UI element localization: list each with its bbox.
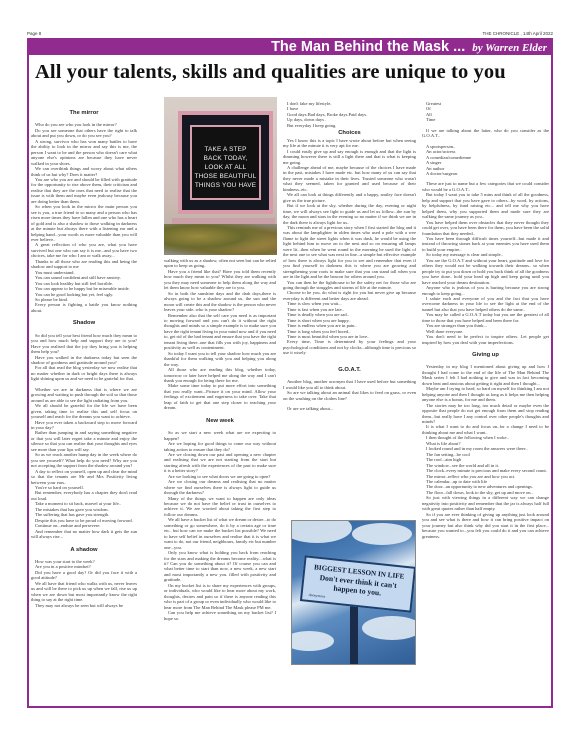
paragraph: Many of the things we want to happen are… bbox=[164, 496, 276, 518]
byline: by Warren Elder bbox=[472, 42, 547, 54]
column-2: walking with us as a shadow, often not s… bbox=[164, 258, 276, 621]
column-3: I don't fake my lifestyle, I have Good d… bbox=[283, 101, 416, 412]
paragraph: We all should be grateful for the life w… bbox=[31, 403, 137, 419]
shadow-body: So did you tell your best friend how muc… bbox=[31, 333, 137, 540]
paragraph: But remember, everybody has a chapter th… bbox=[31, 490, 137, 501]
plants bbox=[164, 224, 277, 255]
paragraph: Have you a friend like that? Have you to… bbox=[164, 269, 276, 291]
paragraph: Are we hoping for good things to come ou… bbox=[164, 441, 276, 452]
paragraph: This reminds me of a previous story when… bbox=[283, 225, 416, 280]
paragraph: Are we closing our dreams and realising … bbox=[164, 479, 276, 495]
paragraph: So as we reach another hump day in the w… bbox=[31, 452, 137, 468]
paragraph: Choose to be you, do what is right for y… bbox=[283, 290, 416, 301]
paragraph: We all can look at things differently an… bbox=[283, 192, 416, 203]
billboard-post bbox=[350, 603, 358, 665]
paragraph: So just with viewing things in a differe… bbox=[422, 495, 549, 511]
paragraph: You don't need to be perfect to inspire … bbox=[422, 334, 549, 345]
paragraph: The stories may be too long, too much de… bbox=[422, 403, 549, 425]
section-heading-shadow: Shadow bbox=[31, 321, 137, 326]
paragraph: walking with us as a shadow, often not s… bbox=[164, 258, 276, 269]
paragraph: Have you walked in the darkness today bu… bbox=[31, 355, 137, 366]
section-heading-new-week: New week bbox=[164, 419, 276, 424]
column-1: The mirror Who do you see who you look i… bbox=[31, 111, 137, 608]
column-title: The Man Behind the Mask ... bbox=[271, 39, 465, 55]
paragraph: So in both the sunshine days and the dar… bbox=[164, 291, 276, 313]
paragraph: You have been through difficult times yo… bbox=[422, 236, 549, 252]
paragraph: Yes I know this is a topic I have wrote … bbox=[283, 138, 416, 149]
paragraph: On my bucket list is to share my experie… bbox=[164, 583, 276, 610]
goat-acronym: Greatest Of All Time bbox=[422, 101, 549, 123]
paragraph: A day to reflect on yourself, open up an… bbox=[31, 469, 137, 485]
paragraph: Another blog, another acronym that I hav… bbox=[283, 379, 416, 390]
paragraph: Make some time today to put more effort … bbox=[164, 383, 276, 410]
paragraph: You can then be the lighthouse to be the… bbox=[283, 280, 416, 291]
billboard-photo: BIGGEST LESSON IN LIFE Don't ever think … bbox=[291, 520, 416, 665]
section-heading-goat: G.O.A.T. bbox=[283, 368, 416, 373]
window-sign-text: TAKE A STEP BACK TODAY, LOOK AT ALL THOS… bbox=[194, 145, 257, 190]
paragraph: Every person is fighting a battle you kn… bbox=[31, 302, 137, 313]
paragraph: So when you look in the mirror the main … bbox=[31, 204, 137, 242]
paragraph: If we are talking about the latter, who … bbox=[422, 128, 549, 139]
paragraph: Are we closing down our past and opening… bbox=[164, 452, 276, 474]
paragraph: Did you have a good day? Or did you face… bbox=[31, 570, 137, 581]
section-heading-a-shadow: A shadow bbox=[31, 548, 137, 553]
poem: I don't fake my lifestyle, I have Good d… bbox=[283, 101, 416, 128]
mirror-body: Who do you see who you look in the mirro… bbox=[31, 122, 137, 313]
paragraph: So if you are ever thinking of giving up… bbox=[422, 512, 549, 539]
paragraph: A challenge ahead of me, maybe because o… bbox=[283, 165, 416, 192]
billboard-sign: BIGGEST LESSON IN LIFE Don't ever think … bbox=[300, 555, 416, 612]
paragraph: You can appear to be happy but be misera… bbox=[31, 286, 137, 291]
paragraph: We can overthink things and worry about … bbox=[31, 166, 137, 177]
paragraph: A strong, survivor who has won many batt… bbox=[31, 139, 137, 166]
paragraph: All those who are reading this blog, whe… bbox=[164, 367, 276, 383]
window-sign-photo: TAKE A STEP BACK TODAY, LOOK AT ALL THOS… bbox=[164, 97, 277, 255]
paragraph: They may not always be seen but will alw… bbox=[31, 603, 137, 608]
paragraph: Do you see someone that others have the … bbox=[31, 128, 137, 139]
paragraph: So today I want you to tell your shadow … bbox=[164, 351, 276, 367]
paragraph: But if we look at the sky, whether durin… bbox=[283, 203, 416, 225]
paragraph: You are who you are and should be filled… bbox=[31, 177, 137, 204]
paragraph: For all that read the blog yesterday we … bbox=[31, 365, 137, 381]
paragraph: You have helped them over obstacles that… bbox=[422, 220, 549, 236]
paragraph: We all have a bucket list of what we dre… bbox=[164, 517, 276, 550]
paragraph: A great reflection of who you are, what … bbox=[31, 242, 137, 258]
paragraph: Rather than jumping in and saying someth… bbox=[31, 430, 137, 452]
paragraph: Remember also that the self care you nee… bbox=[164, 313, 276, 351]
paragraph: Maybe am I trying to hard, so hard on my… bbox=[422, 386, 549, 402]
section-heading-giving-up: Giving up bbox=[422, 353, 549, 358]
publication-date: THE CHRONICLE , 14th April 2022 bbox=[482, 31, 553, 36]
column-banner: The Man Behind the Mask ... by Warren El… bbox=[27, 38, 553, 55]
paragraph: Yesterday in my blog I mentioned about g… bbox=[422, 364, 549, 386]
page-number: Page 8 bbox=[27, 31, 41, 36]
goat-categories: A sportsperson.. An actor/actress A come… bbox=[422, 144, 549, 177]
headline: All your talents, skills and qualities a… bbox=[35, 61, 550, 84]
paragraph: It is what I want to do and focus on..fo… bbox=[422, 424, 549, 435]
time-list: Time is slow when you wait... Time is fa… bbox=[283, 301, 416, 339]
paragraph: But today I want you to take 5 mins and … bbox=[422, 192, 549, 219]
paragraph: These are just to name but a few categor… bbox=[422, 181, 549, 192]
section-heading-choices: Choices bbox=[283, 131, 416, 136]
paragraph: Anyone who is jealous of you is hurting … bbox=[422, 285, 549, 296]
paragraph: Thanks to all those who are reading this… bbox=[31, 259, 137, 270]
paragraph: Have you ever taken a backward step to m… bbox=[31, 420, 137, 431]
paragraph: I salute each and everyone of you and th… bbox=[422, 296, 549, 312]
paragraph: Or are we talking about... bbox=[283, 406, 416, 411]
paragraph: The clock..every minute is precious and … bbox=[422, 468, 549, 473]
paragraph: I could easily give up and say enough is… bbox=[283, 149, 416, 165]
a-shadow-body: How was your start to the week? Are you … bbox=[31, 559, 137, 608]
paragraph: Only you know what is holding you back f… bbox=[164, 550, 276, 583]
column-4: Greatest Of All Time If we are talking a… bbox=[422, 101, 549, 539]
paragraph: So are we talking about an animal that l… bbox=[283, 390, 416, 401]
paragraph: We all have that friend who walks with u… bbox=[31, 581, 137, 603]
paragraph: So as we start a new week what are we ex… bbox=[164, 430, 276, 441]
paragraph: You are the G.O.A.T and without your hea… bbox=[422, 258, 549, 285]
paragraph: Every time, Time is determined by your f… bbox=[283, 339, 416, 355]
section-heading-mirror: The mirror bbox=[31, 111, 137, 116]
paragraph: So did you tell your best friend how muc… bbox=[31, 333, 137, 355]
paragraph: Can you help me achieve something on my … bbox=[164, 610, 276, 621]
window-frame: TAKE A STEP BACK TODAY, LOOK AT ALL THOS… bbox=[178, 111, 273, 214]
paragraph: You may be called a G.O.A.T today but yo… bbox=[422, 312, 549, 323]
paragraph: And remember that no matter how dark it … bbox=[31, 529, 137, 540]
paragraph: Whether we are in darkness that is where… bbox=[31, 387, 137, 403]
